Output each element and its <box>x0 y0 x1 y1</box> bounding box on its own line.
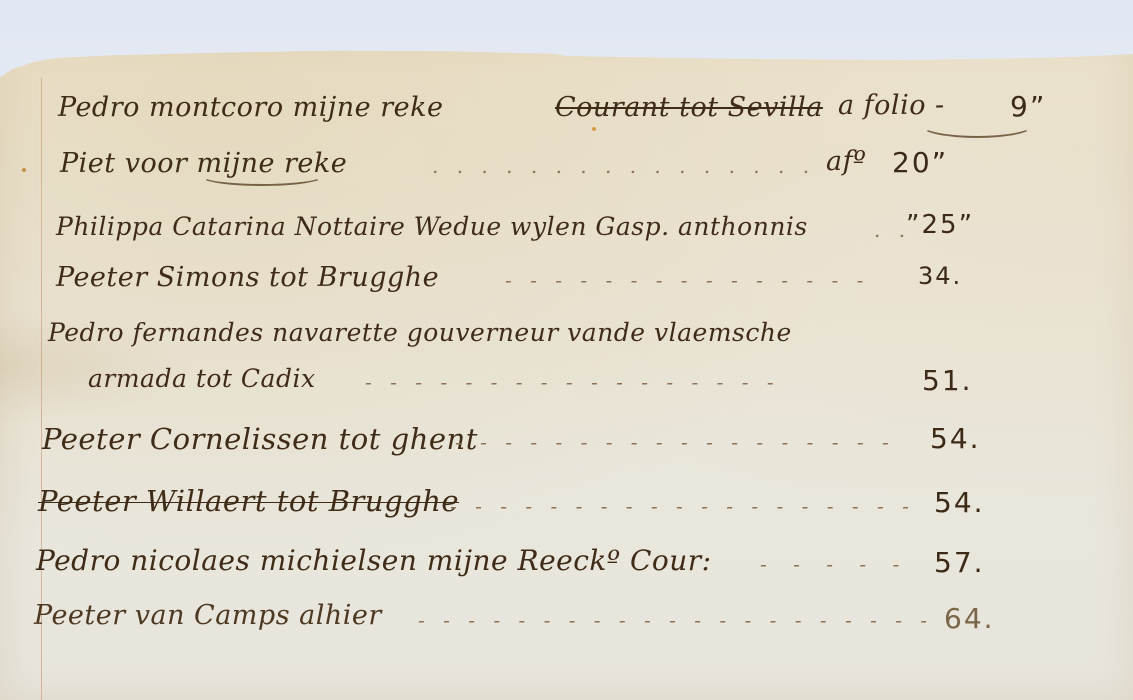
folio-suffix: . <box>953 262 963 290</box>
dash-leader: - - - - - - - - - - - - - - - - - - <box>455 430 915 454</box>
folio-number: 34. <box>918 262 962 290</box>
folio-number: ”25” <box>906 210 974 240</box>
folio-value: 34 <box>918 262 953 290</box>
folio-number: 57. <box>934 546 985 579</box>
folio-suffix: ” <box>959 210 974 240</box>
ledger-entry: Pedro fernandes navarette gouverneur van… <box>0 318 1133 398</box>
folio-value: 54 <box>930 422 970 455</box>
entry-name: Pedro nicolaes michielsen mijne Reeckº C… <box>36 544 712 577</box>
ledger-entry: Peeter van Camps alhier - - - - - - - - … <box>0 600 1133 660</box>
entry-name: Pedro fernandes navarette gouverneur van… <box>48 318 792 347</box>
entry-name-continuation: Courant tot Sevilla <box>555 92 823 123</box>
entry-name: Peeter Cornelissen tot ghent <box>42 422 478 456</box>
folio-value: 51 <box>922 364 962 397</box>
entry-name: Peeter Willaert tot Brugghe <box>38 484 459 518</box>
dash-leader: - - - - - - - - - - - - - - - - - - - - … <box>418 608 928 632</box>
folio-suffix: . <box>974 546 985 579</box>
folio-number: 54. <box>934 486 985 519</box>
folio-value: 20 <box>892 146 932 179</box>
folio-number: 54. <box>930 422 981 455</box>
folio-number: 51. <box>922 364 973 397</box>
folio-number: 64. <box>944 602 995 635</box>
folio-suffix: ” <box>932 146 949 179</box>
folio-value: 64 <box>944 602 984 635</box>
folio-suffix: . <box>962 364 973 397</box>
folio-suffix: . <box>970 422 981 455</box>
folio-value: 57 <box>934 546 974 579</box>
ledger-entry: Pedro montcoro mijne reke Courant tot Se… <box>0 92 1133 152</box>
entry-name: Peeter Simons tot Brugghe <box>56 262 439 293</box>
entry-name: Philippa Catarina Nottaire Wedue wylen G… <box>56 212 808 241</box>
folio-prefix: afº <box>826 146 866 177</box>
folio-number: 20” <box>892 146 948 179</box>
entry-name: Pedro montcoro mijne reke <box>58 92 443 123</box>
dash-leader: - - - - - - - - - - - - - - - <box>505 268 895 292</box>
pen-flourish <box>200 166 324 186</box>
ledger-entry: Peeter Simons tot Brugghe - - - - - - - … <box>0 262 1133 322</box>
dash-leader: - - - - - - - <box>760 552 920 576</box>
dot-leader: . . . . . . . . . . . . . . . . <box>432 154 822 178</box>
ledger-entry: Peeter Willaert tot Brugghe - - - - - - … <box>0 484 1133 544</box>
ledger-index: Pedro montcoro mijne reke Courant tot Se… <box>0 0 1133 700</box>
folio-value: 54 <box>934 486 974 519</box>
pen-flourish <box>920 112 1034 138</box>
dash-leader: - - - - - - - - - - - - - - - - - - - - <box>450 494 920 518</box>
entry-name-line2: armada tot Cadix <box>88 364 316 393</box>
folio-value: 25 <box>921 210 958 240</box>
dash-leader: - - - - - - - - - - - - - - - - - <box>365 370 915 394</box>
folio-suffix: . <box>984 602 995 635</box>
photo-scene: Pedro montcoro mijne reke Courant tot Se… <box>0 0 1133 700</box>
entry-name-text: Pedro montcoro mijne reke <box>58 92 443 123</box>
entry-name: Peeter van Camps alhier <box>34 600 382 631</box>
dot-leader: . . <box>874 218 904 242</box>
ledger-entry: Piet voor mijne reke . . . . . . . . . .… <box>0 148 1133 208</box>
folio-suffix: . <box>974 486 985 519</box>
ledger-entry: Peeter Cornelissen tot ghent - - - - - -… <box>0 420 1133 480</box>
ledger-entry: Pedro nicolaes michielsen mijne Reeckº C… <box>0 544 1133 604</box>
folio-prefix: ” <box>906 210 921 240</box>
